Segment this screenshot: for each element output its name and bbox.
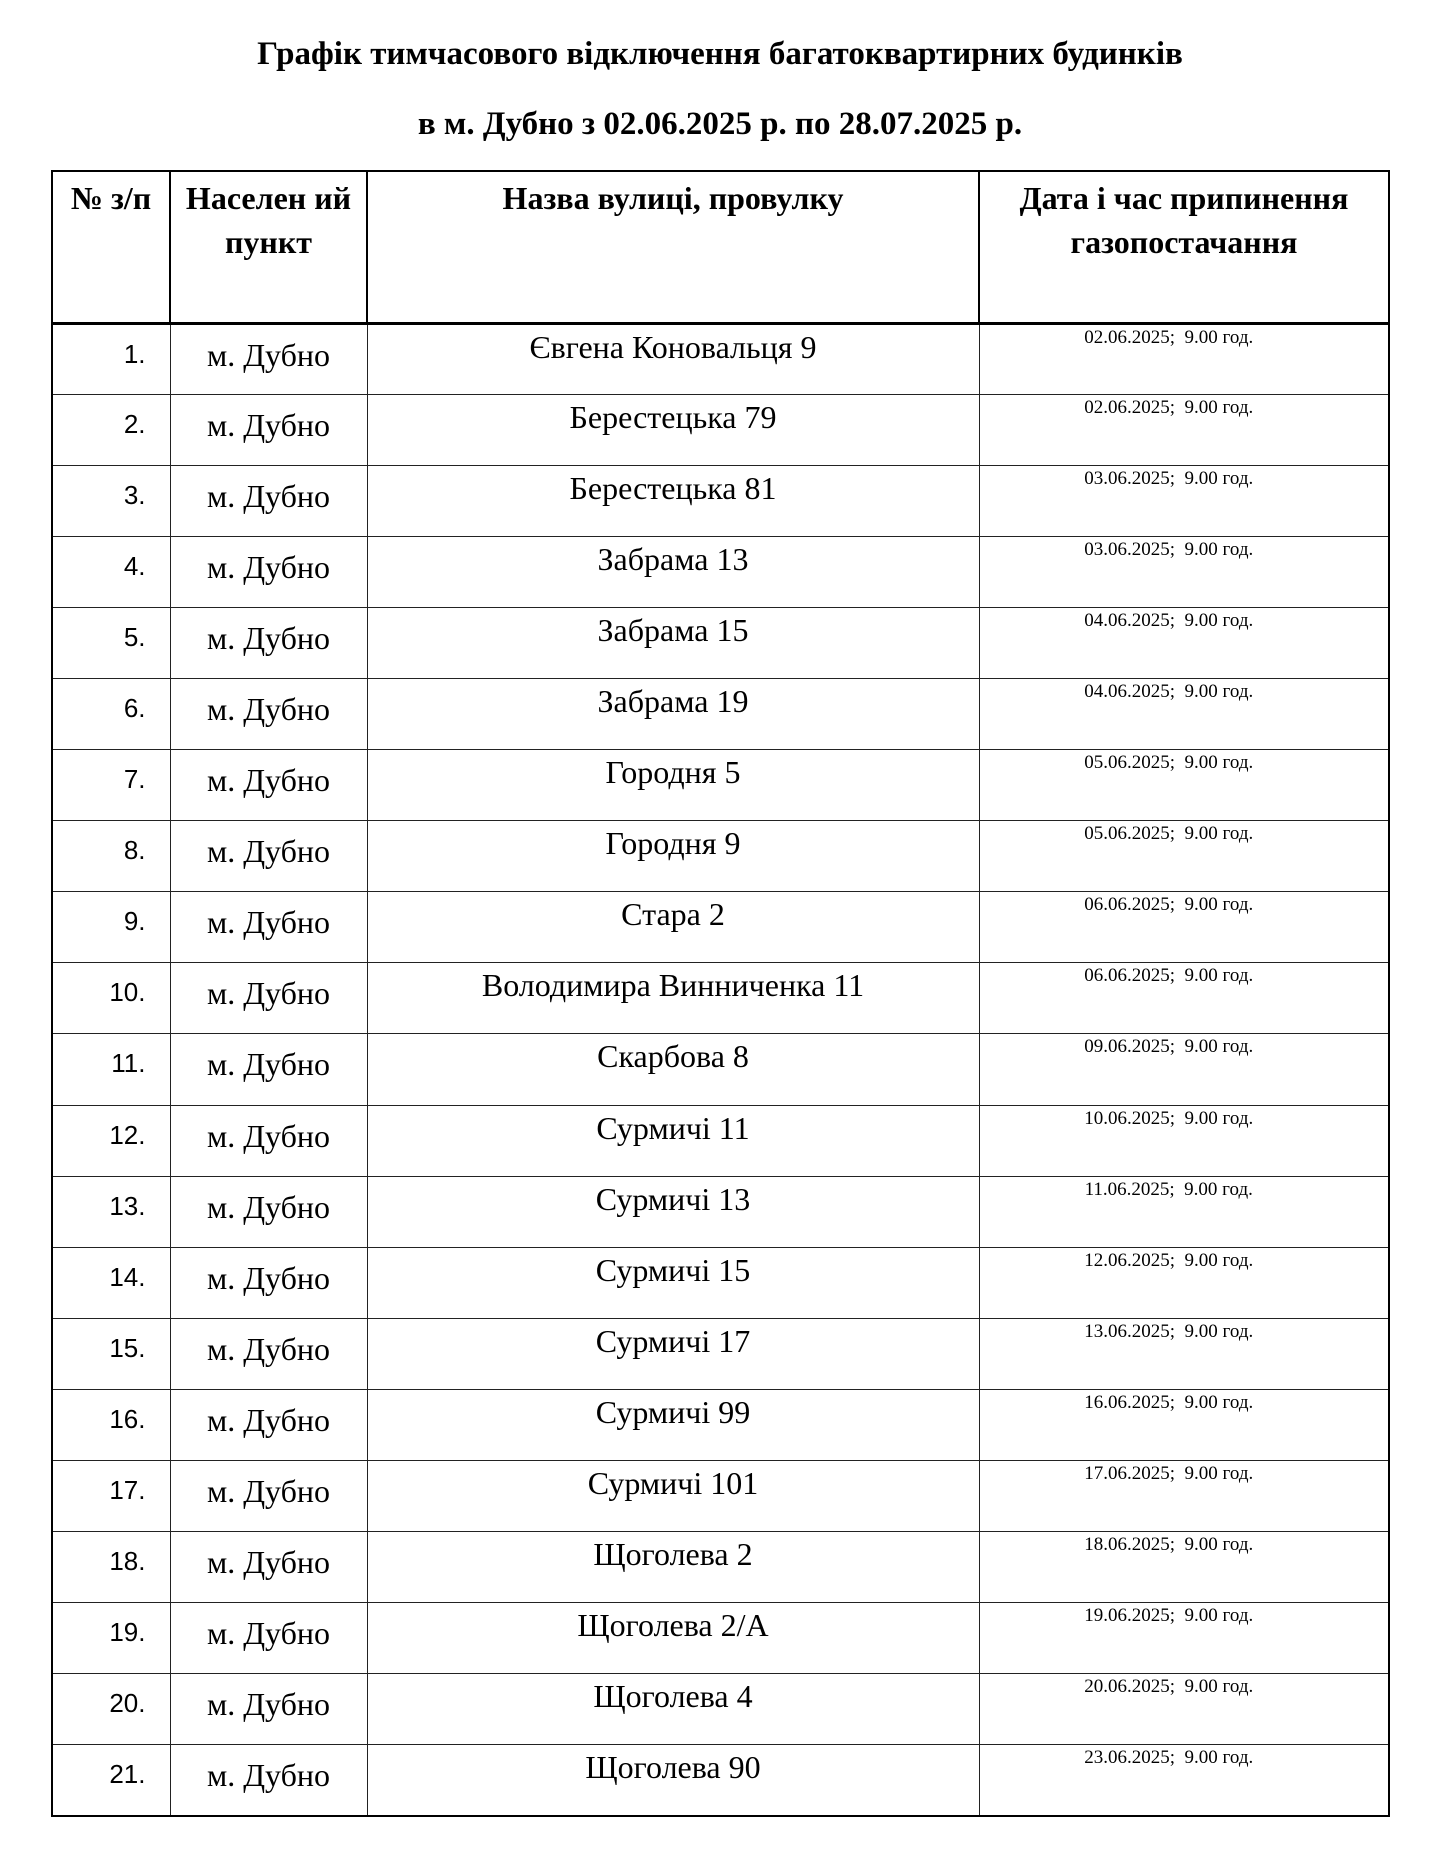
- table-row: 4.м. ДубноЗабрама 1303.06.2025; 9.00 год…: [52, 536, 1389, 607]
- table-row: 10.м. ДубноВолодимира Винниченка 1106.06…: [52, 963, 1389, 1034]
- document-title: Графік тимчасового відключення багатоква…: [0, 34, 1440, 74]
- row-street: Берестецька 81: [367, 465, 979, 536]
- row-number: 2.: [52, 394, 170, 465]
- row-date: 18.06.2025; 9.00 год.: [979, 1532, 1389, 1603]
- row-date: 17.06.2025; 9.00 год.: [979, 1461, 1389, 1532]
- table-row: 11.м. ДубноСкарбова 809.06.2025; 9.00 го…: [52, 1034, 1389, 1105]
- row-street: Забрама 15: [367, 607, 979, 678]
- table-row: 18.м. ДубноЩоголева 218.06.2025; 9.00 го…: [52, 1532, 1389, 1603]
- row-number: 4.: [52, 536, 170, 607]
- row-number: 7.: [52, 750, 170, 821]
- row-number: 1.: [52, 323, 170, 394]
- row-date: 03.06.2025; 9.00 год.: [979, 536, 1389, 607]
- table-row: 2.м. ДубноБерестецька 7902.06.2025; 9.00…: [52, 394, 1389, 465]
- row-street: Володимира Винниченка 11: [367, 963, 979, 1034]
- row-city: м. Дубно: [170, 750, 367, 821]
- row-street: Щоголева 2: [367, 1532, 979, 1603]
- row-number: 17.: [52, 1461, 170, 1532]
- document-subtitle: в м. Дубно з 02.06.2025 р. по 28.07.2025…: [0, 104, 1440, 144]
- row-city: м. Дубно: [170, 1532, 367, 1603]
- row-city: м. Дубно: [170, 465, 367, 536]
- row-city: м. Дубно: [170, 1603, 367, 1674]
- row-date: 06.06.2025; 9.00 год.: [979, 892, 1389, 963]
- table-row: 14.м. ДубноСурмичі 1512.06.2025; 9.00 го…: [52, 1247, 1389, 1318]
- row-number: 11.: [52, 1034, 170, 1105]
- row-street: Сурмичі 17: [367, 1318, 979, 1389]
- row-street: Скарбова 8: [367, 1034, 979, 1105]
- header-row: № з/п Населен ий пункт Назва вулиці, про…: [52, 171, 1389, 323]
- row-city: м. Дубно: [170, 1105, 367, 1176]
- row-number: 14.: [52, 1247, 170, 1318]
- row-street: Сурмичі 101: [367, 1461, 979, 1532]
- row-number: 5.: [52, 607, 170, 678]
- row-date: 11.06.2025; 9.00 год.: [979, 1176, 1389, 1247]
- row-number: 21.: [52, 1745, 170, 1816]
- row-number: 3.: [52, 465, 170, 536]
- row-city: м. Дубно: [170, 1745, 367, 1816]
- row-date: 13.06.2025; 9.00 год.: [979, 1318, 1389, 1389]
- row-city: м. Дубно: [170, 1674, 367, 1745]
- row-street: Забрама 13: [367, 536, 979, 607]
- row-date: 05.06.2025; 9.00 год.: [979, 750, 1389, 821]
- table-row: 13.м. ДубноСурмичі 1311.06.2025; 9.00 го…: [52, 1176, 1389, 1247]
- row-city: м. Дубно: [170, 1389, 367, 1460]
- row-number: 20.: [52, 1674, 170, 1745]
- row-date: 06.06.2025; 9.00 год.: [979, 963, 1389, 1034]
- row-number: 8.: [52, 821, 170, 892]
- row-street: Стара 2: [367, 892, 979, 963]
- row-street: Городня 9: [367, 821, 979, 892]
- row-street: Сурмичі 99: [367, 1389, 979, 1460]
- header-date: Дата і час припинення газопостачання: [979, 171, 1389, 323]
- row-date: 09.06.2025; 9.00 год.: [979, 1034, 1389, 1105]
- header-num: № з/п: [52, 171, 170, 323]
- row-number: 18.: [52, 1532, 170, 1603]
- row-date: 02.06.2025; 9.00 год.: [979, 323, 1389, 394]
- row-date: 12.06.2025; 9.00 год.: [979, 1247, 1389, 1318]
- table-body: 1.м. ДубноЄвгена Коновальця 902.06.2025;…: [52, 323, 1389, 1816]
- row-street: Щоголева 90: [367, 1745, 979, 1816]
- table-row: 6.м. ДубноЗабрама 1904.06.2025; 9.00 год…: [52, 678, 1389, 749]
- row-number: 19.: [52, 1603, 170, 1674]
- row-city: м. Дубно: [170, 394, 367, 465]
- row-street: Берестецька 79: [367, 394, 979, 465]
- row-street: Щоголева 2/А: [367, 1603, 979, 1674]
- row-street: Городня 5: [367, 750, 979, 821]
- row-date: 20.06.2025; 9.00 год.: [979, 1674, 1389, 1745]
- table-row: 16.м. ДубноСурмичі 9916.06.2025; 9.00 го…: [52, 1389, 1389, 1460]
- table-row: 17.м. ДубноСурмичі 10117.06.2025; 9.00 г…: [52, 1461, 1389, 1532]
- table-row: 21.м. ДубноЩоголева 9023.06.2025; 9.00 г…: [52, 1745, 1389, 1816]
- table-row: 1.м. ДубноЄвгена Коновальця 902.06.2025;…: [52, 323, 1389, 394]
- row-street: Сурмичі 15: [367, 1247, 979, 1318]
- row-number: 6.: [52, 678, 170, 749]
- row-city: м. Дубно: [170, 963, 367, 1034]
- row-city: м. Дубно: [170, 1247, 367, 1318]
- header-street: Назва вулиці, провулку: [367, 171, 979, 323]
- row-city: м. Дубно: [170, 821, 367, 892]
- row-city: м. Дубно: [170, 892, 367, 963]
- table-row: 5.м. ДубноЗабрама 1504.06.2025; 9.00 год…: [52, 607, 1389, 678]
- row-date: 16.06.2025; 9.00 год.: [979, 1389, 1389, 1460]
- row-date: 23.06.2025; 9.00 год.: [979, 1745, 1389, 1816]
- row-street: Євгена Коновальця 9: [367, 323, 979, 394]
- row-number: 16.: [52, 1389, 170, 1460]
- row-city: м. Дубно: [170, 1318, 367, 1389]
- row-date: 04.06.2025; 9.00 год.: [979, 678, 1389, 749]
- header-city: Населен ий пункт: [170, 171, 367, 323]
- row-number: 13.: [52, 1176, 170, 1247]
- row-city: м. Дубно: [170, 1461, 367, 1532]
- row-city: м. Дубно: [170, 1034, 367, 1105]
- table-row: 19.м. ДубноЩоголева 2/А19.06.2025; 9.00 …: [52, 1603, 1389, 1674]
- row-city: м. Дубно: [170, 678, 367, 749]
- table-row: 15.м. ДубноСурмичі 1713.06.2025; 9.00 го…: [52, 1318, 1389, 1389]
- table-row: 20.м. ДубноЩоголева 420.06.2025; 9.00 го…: [52, 1674, 1389, 1745]
- row-number: 12.: [52, 1105, 170, 1176]
- row-city: м. Дубно: [170, 536, 367, 607]
- row-date: 03.06.2025; 9.00 год.: [979, 465, 1389, 536]
- table-row: 9.м. ДубноСтара 206.06.2025; 9.00 год.: [52, 892, 1389, 963]
- table-row: 8.м. ДубноГородня 905.06.2025; 9.00 год.: [52, 821, 1389, 892]
- row-city: м. Дубно: [170, 1176, 367, 1247]
- row-city: м. Дубно: [170, 607, 367, 678]
- row-number: 9.: [52, 892, 170, 963]
- row-date: 04.06.2025; 9.00 год.: [979, 607, 1389, 678]
- table-row: 12.м. ДубноСурмичі 1110.06.2025; 9.00 го…: [52, 1105, 1389, 1176]
- row-date: 05.06.2025; 9.00 год.: [979, 821, 1389, 892]
- row-street: Щоголева 4: [367, 1674, 979, 1745]
- row-date: 19.06.2025; 9.00 год.: [979, 1603, 1389, 1674]
- row-date: 10.06.2025; 9.00 год.: [979, 1105, 1389, 1176]
- row-street: Сурмичі 13: [367, 1176, 979, 1247]
- row-number: 15.: [52, 1318, 170, 1389]
- table-row: 3.м. ДубноБерестецька 8103.06.2025; 9.00…: [52, 465, 1389, 536]
- row-number: 10.: [52, 963, 170, 1034]
- row-street: Сурмичі 11: [367, 1105, 979, 1176]
- schedule-table: № з/п Населен ий пункт Назва вулиці, про…: [51, 170, 1390, 1817]
- row-street: Забрама 19: [367, 678, 979, 749]
- table-row: 7.м. ДубноГородня 505.06.2025; 9.00 год.: [52, 750, 1389, 821]
- row-city: м. Дубно: [170, 323, 367, 394]
- row-date: 02.06.2025; 9.00 год.: [979, 394, 1389, 465]
